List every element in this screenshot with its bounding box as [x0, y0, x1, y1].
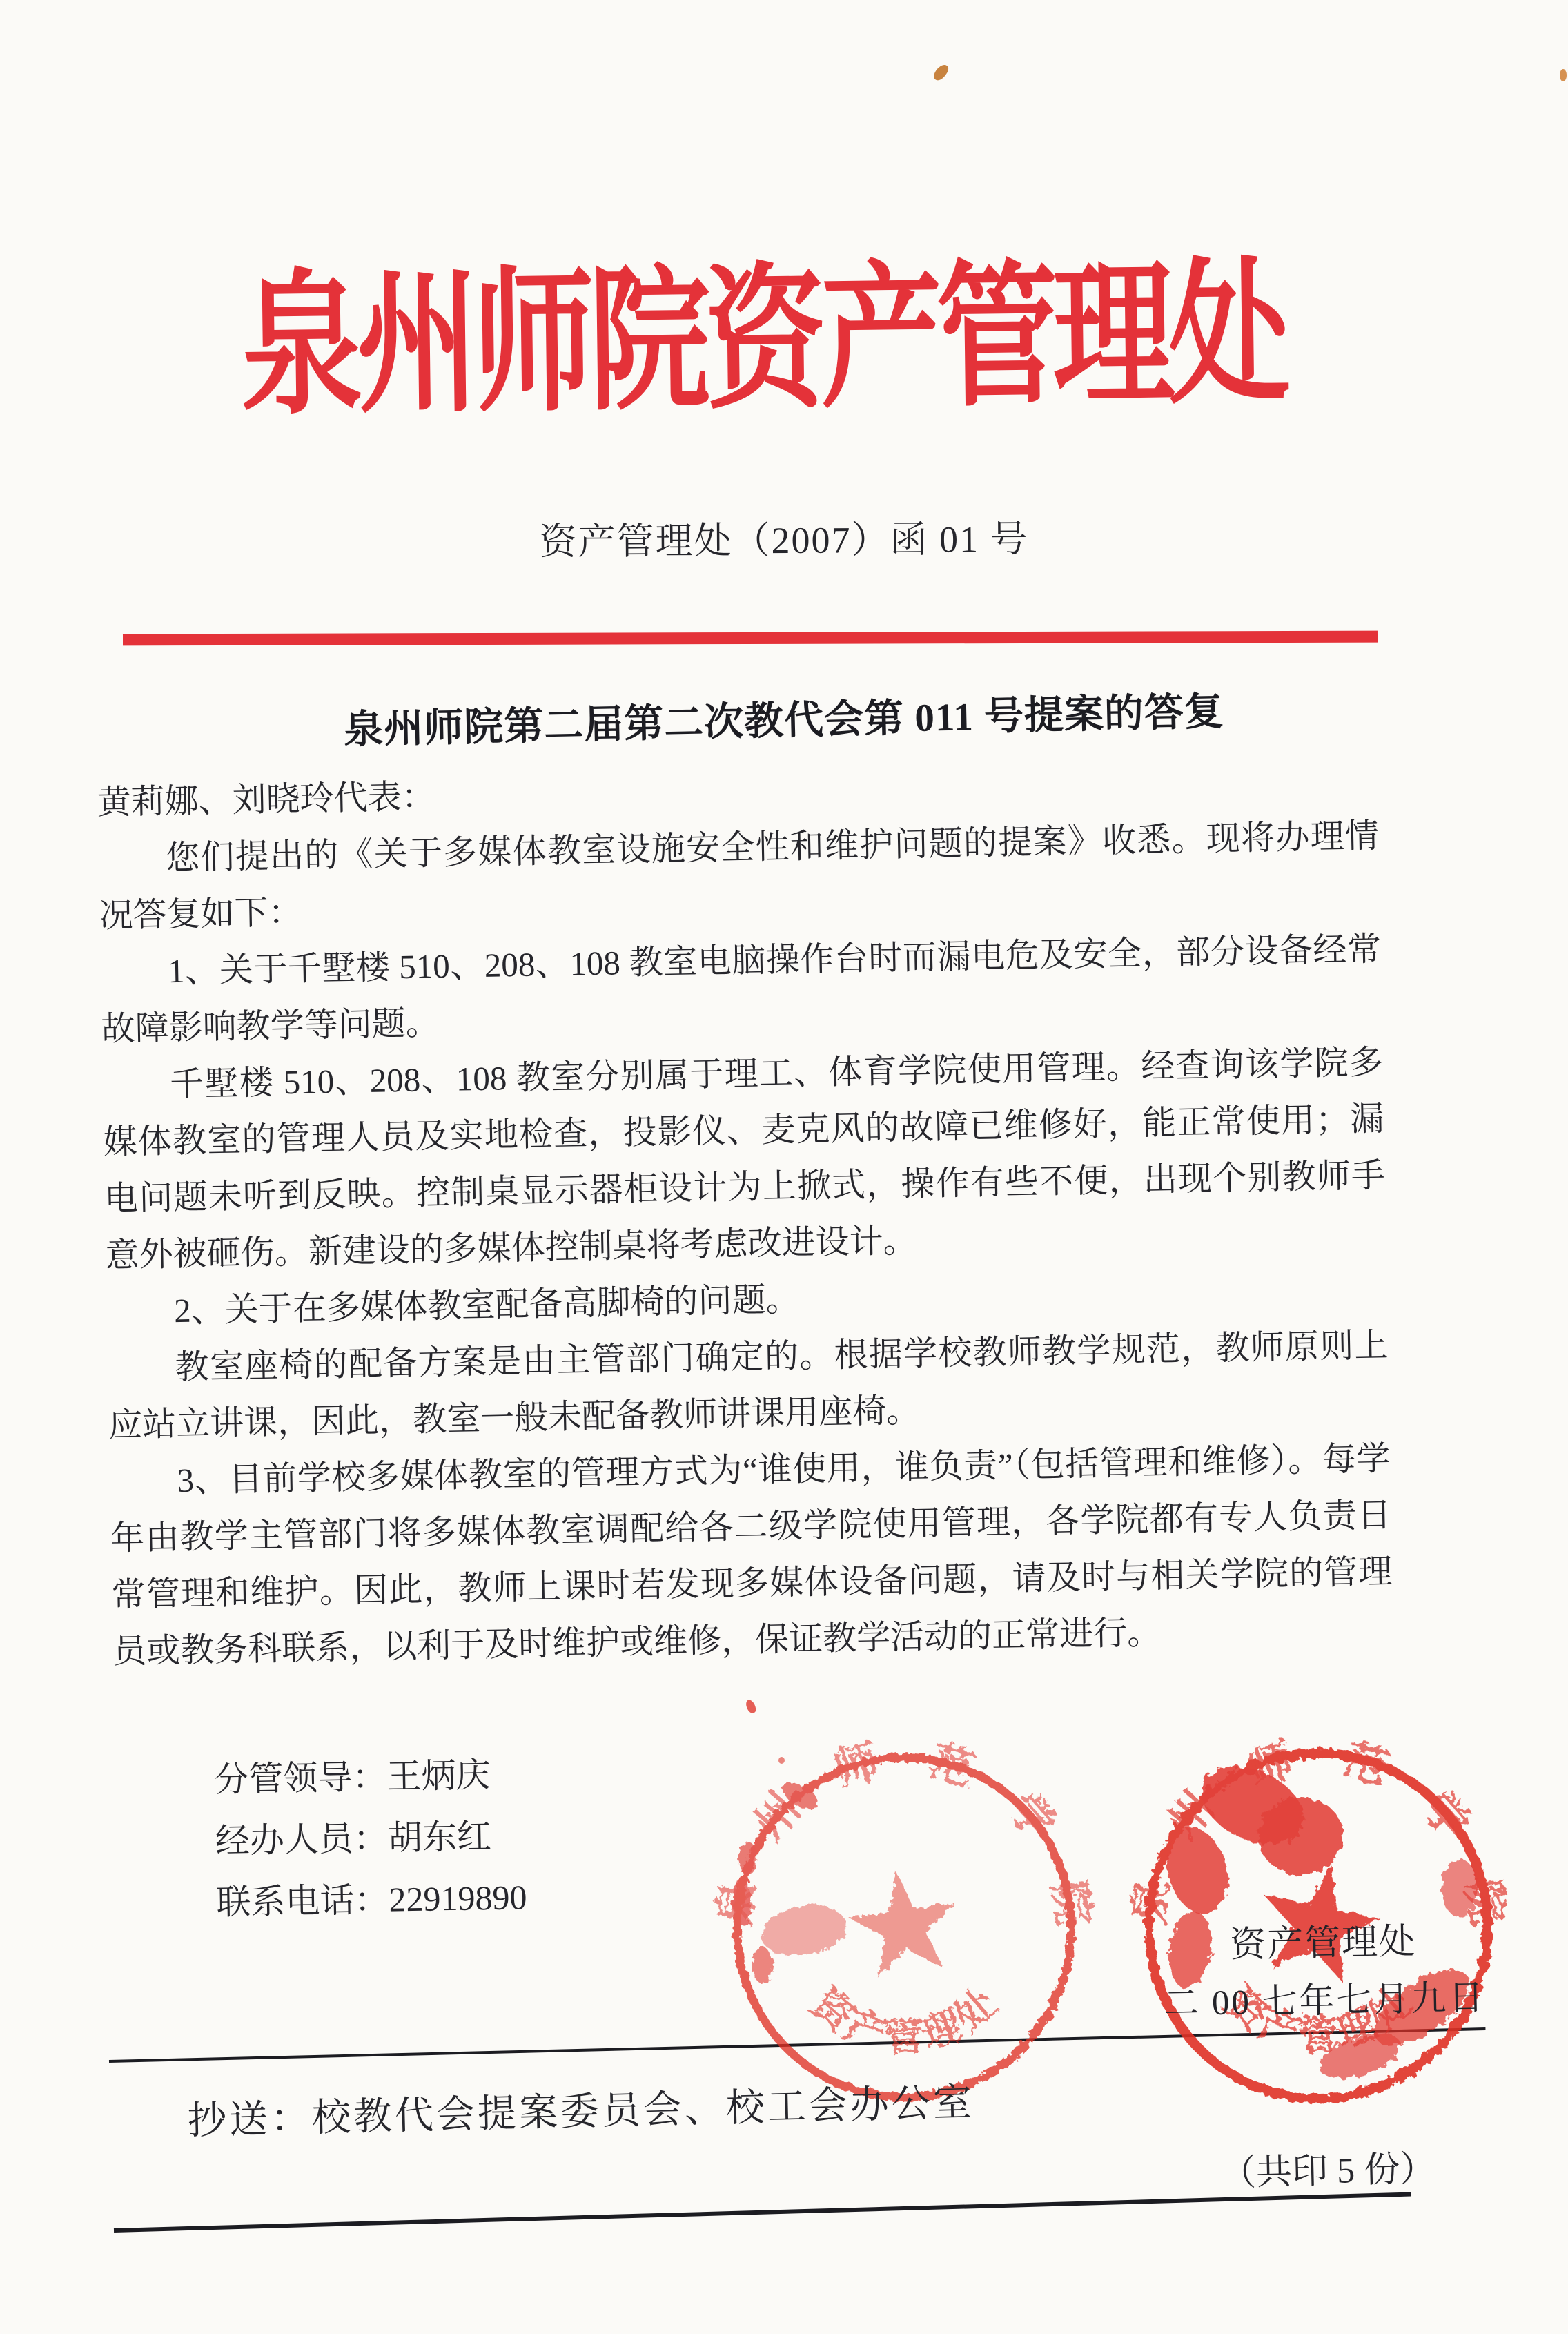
cc-label: 抄送：: [187, 2097, 312, 2143]
letterhead-red-rule: [123, 631, 1378, 646]
seal-ink-blob: [732, 1880, 752, 1927]
seal-ink-blob: [758, 1899, 851, 1963]
print-copies-note: （共印 5 份）: [1219, 2139, 1436, 2195]
issuing-office-line: 资产管理处: [1229, 1912, 1416, 1967]
seal-ink-blob: [739, 1842, 757, 1875]
seal-star-icon: [843, 1864, 963, 1981]
signature-block: 分管领导：王炳庆 经办人员：胡东红 联系电话：22919890: [214, 1744, 528, 1934]
body-paragraph: 千墅楼 510、208、108 教室分别属于理工、体育学院使用管理。经查询该学院…: [101, 1034, 1386, 1284]
letterhead-org-title: 泉州师院资产管理处: [240, 257, 1291, 426]
cc-line: 抄送：校教代会提案委员会、校工会办公室: [187, 2072, 975, 2146]
seal-ink-blob: [752, 1947, 773, 1983]
cc-recipients: 校教代会提案委员会、校工会办公室: [311, 2081, 974, 2140]
letter-title: 泉州师院第二届第二次教代会第 011 号提案的答复: [0, 672, 1568, 762]
official-seal-left: 泉州师范学院 资产管理处: [711, 1734, 1097, 2121]
document-number: 资产管理处（2007）函 01 号: [0, 506, 1568, 569]
scan-speck-artifact: [1560, 69, 1567, 81]
phone-line: 联系电话：22919890: [216, 1867, 527, 1934]
scan-speck-artifact: [932, 62, 950, 83]
scan-speck-artifact: [745, 1699, 757, 1715]
footer-bottom-rule: [114, 2192, 1411, 2233]
leader-line: 分管领导：王炳庆: [214, 1744, 525, 1811]
scanned-official-letter-page: 泉州师院资产管理处 资产管理处（2007）函 01 号 泉州师院第二届第二次教代…: [0, 0, 1568, 2334]
handler-line: 经办人员：胡东红: [215, 1805, 526, 1872]
seal-bottom-text: 资产管理处: [803, 1981, 1006, 2059]
issue-date-line: 二 00 七年七月九日: [1163, 1969, 1486, 2026]
seal-ink-blob: [1258, 1798, 1344, 1875]
seal-ink-blob: [1442, 1859, 1478, 1917]
letter-body: 黄莉娜、刘晓玲代表： 您们提出的《关于多媒体教室设施安全性和维护问题的提案》收悉…: [97, 751, 1394, 1680]
body-paragraph: 3、目前学校多媒体教室的管理方式为“谁使用，谁负责”（包括管理和维修）。每学年由…: [109, 1430, 1394, 1680]
